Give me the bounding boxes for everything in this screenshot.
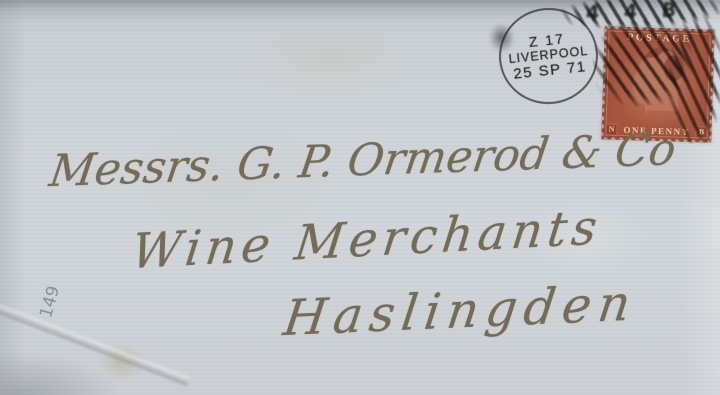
- envelope-cover: Z 17 LIVERPOOL 25 SP 71 POSTAGE N ONE PE…: [0, 0, 720, 395]
- fold-crease: [0, 295, 190, 386]
- address-line-trade: Wine Merchants: [129, 199, 605, 280]
- address-line-town: Haslingden: [280, 274, 640, 347]
- pencil-number-annotation: 149: [36, 284, 64, 321]
- cancel-letter-fragments: 4 4 B: [585, 0, 686, 25]
- stamp-corner-letter-right: B: [695, 126, 707, 138]
- queen-victoria-profile-icon: [617, 41, 700, 129]
- address-line-recipient: Messrs. G. P. Ormerod & Co: [46, 124, 679, 197]
- postmark-ink-smudge: [487, 22, 516, 55]
